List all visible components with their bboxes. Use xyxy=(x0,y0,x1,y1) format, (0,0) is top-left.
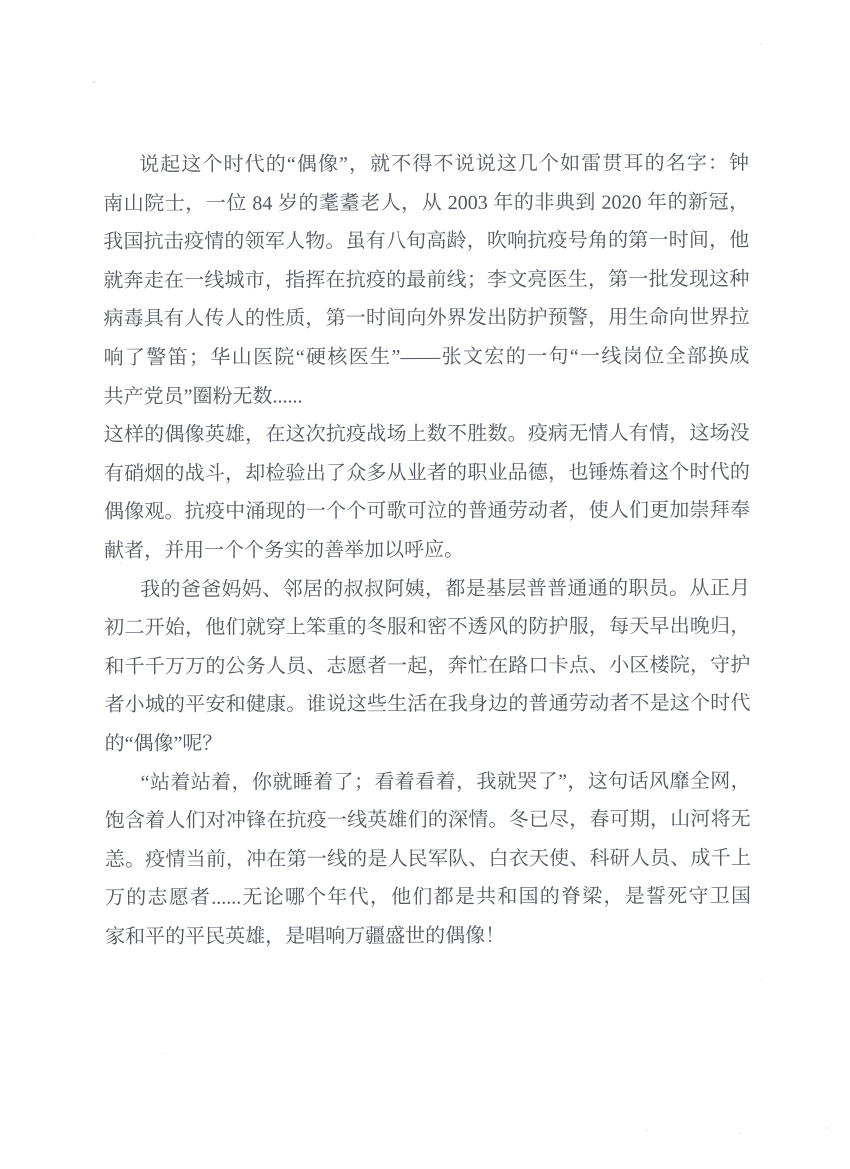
text-line: 初二开始，他们就穿上笨重的冬服和密不透风的防护服，每天早出晚归， xyxy=(104,607,750,647)
document-text: 说起这个时代的“偶像”，就不得不说说这几个如雷贯耳的名字：钟南山院士，一位 84… xyxy=(103,144,751,956)
text-line: 共产党员”圈粉无数...... xyxy=(104,376,750,416)
text-line: “站着站着，你就睡着了；看着看着，我就哭了”，这句话风靡全网， xyxy=(105,762,751,802)
text-line: 者小城的平安和健康。谁说这些生活在我身边的普通劳动者不是这个时代 xyxy=(104,685,750,725)
text-line: 南山院士，一位 84 岁的耄耋老人，从 2003 年的非典到 2020 年的新冠… xyxy=(103,183,749,223)
text-line: 说起这个时代的“偶像”，就不得不说说这几个如雷贯耳的名字：钟 xyxy=(103,144,749,184)
text-line: 我国抗击疫情的领军人物。虽有八旬高龄，吹响抗疫号角的第一时间，他 xyxy=(103,221,749,261)
text-line: 偶像观。抗疫中涌现的一个个可歌可泣的普通劳动者，使人们更加崇拜奉 xyxy=(104,492,750,532)
text-line: 就奔走在一线城市，指挥在抗疫的最前线；李文亮医生，第一批发现这种 xyxy=(103,260,749,300)
text-line: 万的志愿者......无论哪个年代，他们都是共和国的脊梁，是誓死守卫国 xyxy=(105,878,751,918)
text-line: 有硝烟的战斗，却检验出了众多从业者的职业品德，也锤炼着这个时代的 xyxy=(104,453,750,493)
text-line: 病毒具有人传人的性质，第一时间向外界发出防护预警，用生命向世界拉 xyxy=(103,299,749,339)
text-line: 的“偶像”呢？ xyxy=(105,723,751,763)
text-line: 响了警笛；华山医院“硬核医生”——张文宏的一句“一线岗位全部换成 xyxy=(104,337,750,377)
text-line: 饱含着人们对冲锋在抗疫一线英雄们的深情。冬已尽，春可期，山河将无 xyxy=(105,800,751,840)
text-line: 恙。疫情当前，冲在第一线的是人民军队、白衣天使、科研人员、成千上 xyxy=(105,839,751,879)
text-line: 和千千万万的公务人员、志愿者一起，奔忙在路口卡点、小区楼院，守护 xyxy=(104,646,750,686)
text-line: 献者，并用一个个务实的善举加以呼应。 xyxy=(104,530,750,570)
scanned-document-page: 说起这个时代的“偶像”，就不得不说说这几个如雷贯耳的名字：钟南山院士，一位 84… xyxy=(0,0,850,1169)
scan-noise-specks xyxy=(93,81,95,83)
text-line: 我的爸爸妈妈、邻居的叔叔阿姨，都是基层普普通通的职员。从正月 xyxy=(104,569,750,609)
text-line: 家和平的平民英雄，是唱响万疆盛世的偶像！ xyxy=(105,916,751,956)
text-line: 这样的偶像英雄，在这次抗疫战场上数不胜数。疫病无情人有情，这场没 xyxy=(104,414,750,454)
